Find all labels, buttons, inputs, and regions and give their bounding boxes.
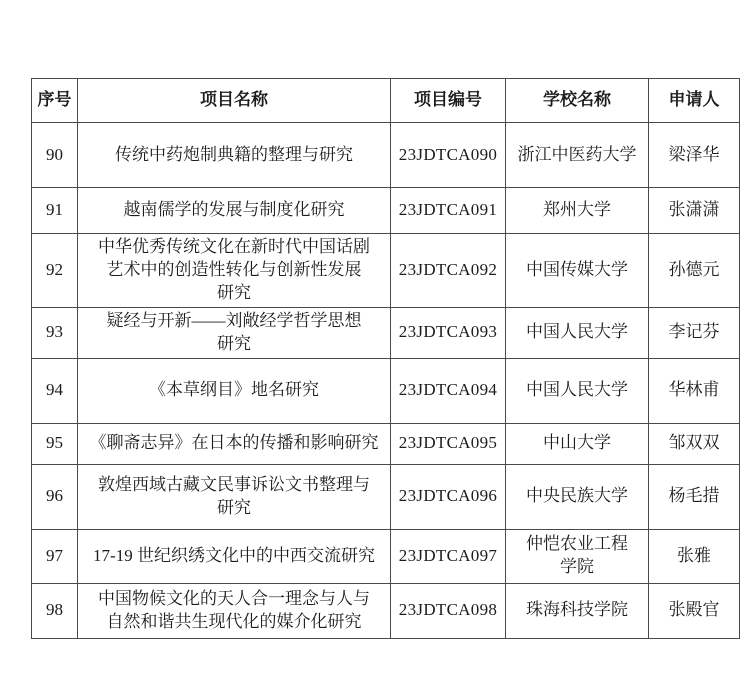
applicant-cell: 张雅 [649,529,740,583]
row-number-cell: 95 [32,423,78,464]
school-name-cell: 中央民族大学 [506,464,649,529]
table-row: 93 疑经与开新——刘敞经学哲学思想 研究 23JDTCA093 中国人民大学 … [32,307,740,358]
row-number-cell: 93 [32,307,78,358]
school-name-cell: 中山大学 [506,423,649,464]
row-number-cell: 98 [32,583,78,638]
header-project-code: 项目编号 [391,79,506,123]
applicant-cell: 华林甫 [649,358,740,423]
projects-table: 序号 项目名称 项目编号 学校名称 申请人 90 传统中药炮制典籍的整理与研究 … [31,78,740,639]
applicant-cell: 张潇潇 [649,188,740,234]
table-row: 94 《本草纲目》地名研究 23JDTCA094 中国人民大学 华林甫 [32,358,740,423]
school-name-cell: 中国传媒大学 [506,234,649,308]
table-row: 98 中国物候文化的天人合一理念与人与 自然和谐共生现代化的媒介化研究 23JD… [32,583,740,638]
header-applicant: 申请人 [649,79,740,123]
row-number-cell: 92 [32,234,78,308]
header-serial-number: 序号 [32,79,78,123]
project-name-cell: 越南儒学的发展与制度化研究 [78,188,391,234]
row-number-cell: 90 [32,123,78,188]
project-code-cell: 23JDTCA094 [391,358,506,423]
row-number-cell: 94 [32,358,78,423]
project-code-cell: 23JDTCA096 [391,464,506,529]
header-school-name: 学校名称 [506,79,649,123]
project-name-cell: 中华优秀传统文化在新时代中国话剧 艺术中的创造性转化与创新性发展 研究 [78,234,391,308]
school-name-cell: 仲恺农业工程 学院 [506,529,649,583]
school-name-cell: 珠海科技学院 [506,583,649,638]
project-name-cell: 17-19 世纪织绣文化中的中西交流研究 [78,529,391,583]
row-number-cell: 91 [32,188,78,234]
project-code-cell: 23JDTCA098 [391,583,506,638]
table-row: 96 敦煌西域古藏文民事诉讼文书整理与 研究 23JDTCA096 中央民族大学… [32,464,740,529]
school-name-cell: 中国人民大学 [506,358,649,423]
applicant-cell: 李记芬 [649,307,740,358]
project-name-cell: 敦煌西域古藏文民事诉讼文书整理与 研究 [78,464,391,529]
project-name-cell: 疑经与开新——刘敞经学哲学思想 研究 [78,307,391,358]
project-name-cell: 中国物候文化的天人合一理念与人与 自然和谐共生现代化的媒介化研究 [78,583,391,638]
applicant-cell: 杨毛措 [649,464,740,529]
project-code-cell: 23JDTCA091 [391,188,506,234]
table-row: 90 传统中药炮制典籍的整理与研究 23JDTCA090 浙江中医药大学 梁泽华 [32,123,740,188]
project-code-cell: 23JDTCA090 [391,123,506,188]
project-name-cell: 《本草纲目》地名研究 [78,358,391,423]
school-name-cell: 郑州大学 [506,188,649,234]
applicant-cell: 邹双双 [649,423,740,464]
project-name-cell: 传统中药炮制典籍的整理与研究 [78,123,391,188]
school-name-cell: 浙江中医药大学 [506,123,649,188]
project-code-cell: 23JDTCA095 [391,423,506,464]
project-code-cell: 23JDTCA093 [391,307,506,358]
project-code-cell: 23JDTCA092 [391,234,506,308]
table-header-row: 序号 项目名称 项目编号 学校名称 申请人 [32,79,740,123]
table-row: 97 17-19 世纪织绣文化中的中西交流研究 23JDTCA097 仲恺农业工… [32,529,740,583]
header-project-name: 项目名称 [78,79,391,123]
applicant-cell: 孙德元 [649,234,740,308]
table-row: 91 越南儒学的发展与制度化研究 23JDTCA091 郑州大学 张潇潇 [32,188,740,234]
school-name-cell: 中国人民大学 [506,307,649,358]
table-row: 95 《聊斋志异》在日本的传播和影响研究 23JDTCA095 中山大学 邹双双 [32,423,740,464]
document-page: 序号 项目名称 项目编号 学校名称 申请人 90 传统中药炮制典籍的整理与研究 … [0,0,750,699]
project-name-cell: 《聊斋志异》在日本的传播和影响研究 [78,423,391,464]
applicant-cell: 梁泽华 [649,123,740,188]
applicant-cell: 张殿官 [649,583,740,638]
table-row: 92 中华优秀传统文化在新时代中国话剧 艺术中的创造性转化与创新性发展 研究 2… [32,234,740,308]
row-number-cell: 96 [32,464,78,529]
row-number-cell: 97 [32,529,78,583]
project-code-cell: 23JDTCA097 [391,529,506,583]
